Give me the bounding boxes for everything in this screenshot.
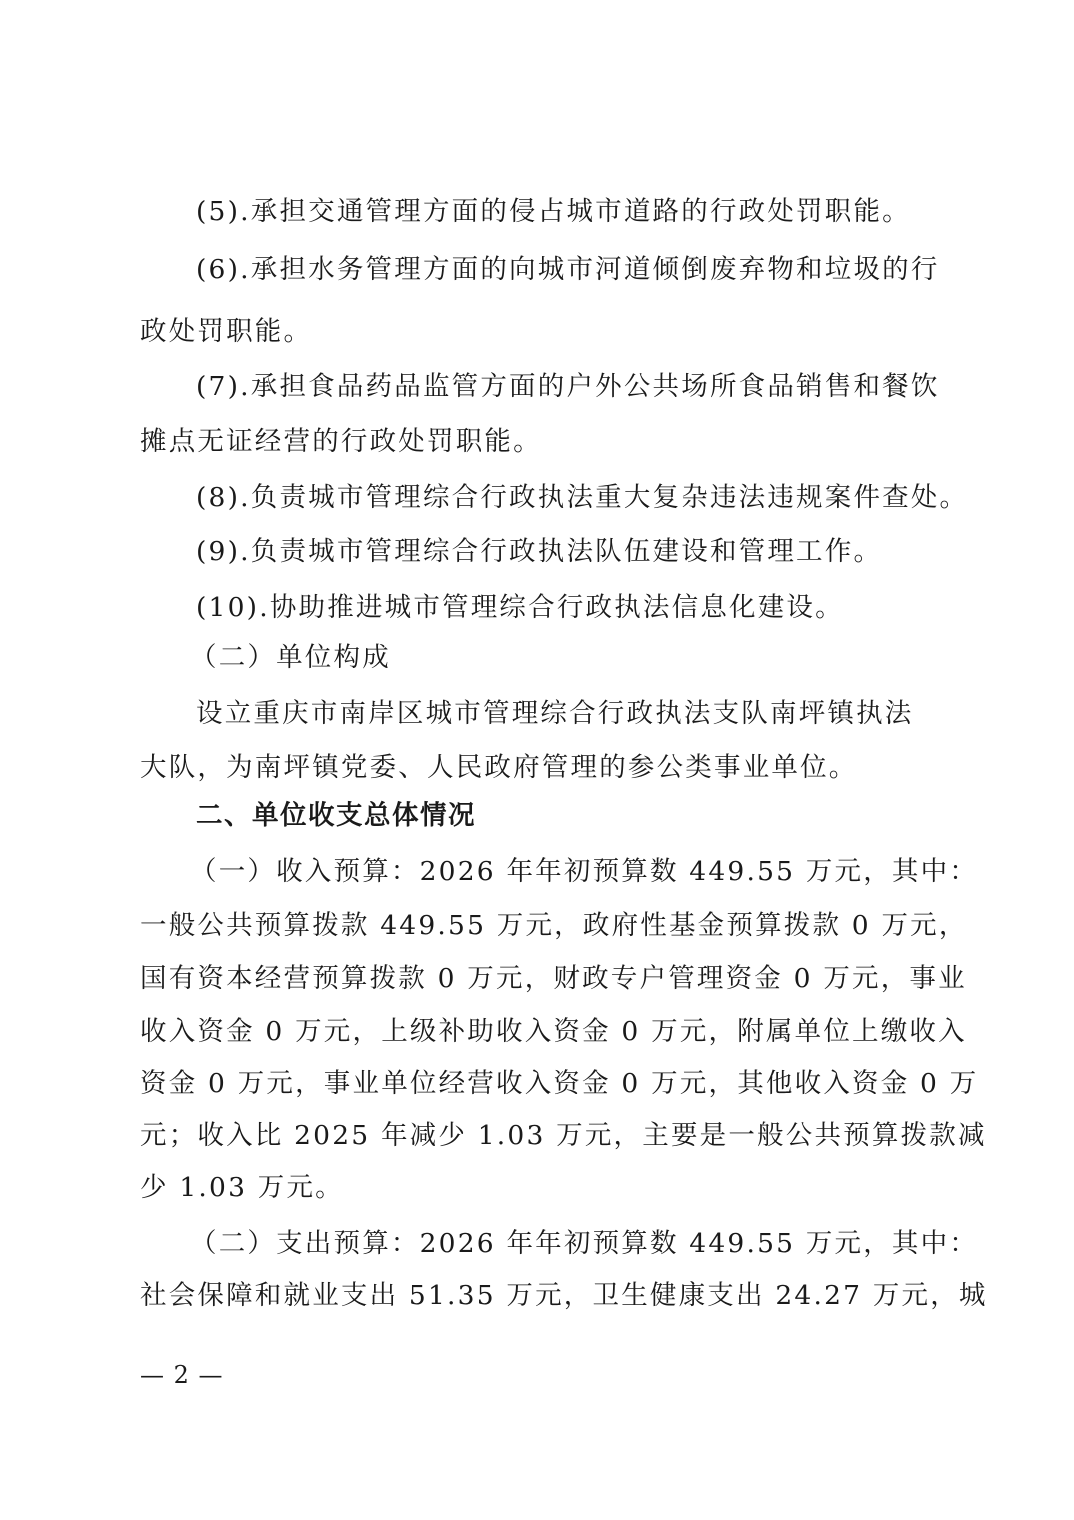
paragraph-item-6-line-2: 政处罚职能。: [140, 316, 312, 348]
paragraph-expenditure-budget-line-2: 社会保障和就业支出 51.35 万元，卫生健康支出 24.27 万元，城: [140, 1280, 988, 1312]
page-number: — 2 —: [140, 1360, 224, 1390]
paragraph-income-budget-line-3: 国有资本经营预算拨款 0 万元，财政专户管理资金 0 万元，事业: [140, 963, 967, 995]
paragraph-item-10: (10).协助推进城市管理综合行政执法信息化建设。: [196, 592, 844, 624]
paragraph-income-budget-line-2: 一般公共预算拨款 449.55 万元，政府性基金预算拨款 0 万元，: [140, 910, 968, 942]
paragraph-item-7-line-1: (7).承担食品药品监管方面的户外公共场所食品销售和餐饮: [196, 371, 940, 403]
paragraph-income-budget-line-1: （一）收入预算：2026 年年初预算数 449.55 万元，其中：: [190, 856, 978, 888]
section-heading-unit-composition: （二）单位构成: [190, 642, 391, 674]
paragraph-expenditure-budget-line-1: （二）支出预算：2026 年年初预算数 449.55 万元，其中：: [190, 1228, 978, 1260]
paragraph-unit-composition-line-1: 设立重庆市南岸区城市管理综合行政执法支队南坪镇执法: [196, 698, 914, 730]
paragraph-item-9: (9).负责城市管理综合行政执法队伍建设和管理工作。: [196, 536, 882, 568]
paragraph-income-budget-line-6: 元；收入比 2025 年减少 1.03 万元，主要是一般公共预算拨款减: [140, 1120, 987, 1152]
paragraph-income-budget-line-4: 收入资金 0 万元，上级补助收入资金 0 万元，附属单位上缴收入: [140, 1016, 967, 1048]
paragraph-item-8: (8).负责城市管理综合行政执法重大复杂违法违规案件查处。: [196, 482, 968, 514]
paragraph-income-budget-line-5: 资金 0 万元，事业单位经营收入资金 0 万元，其他收入资金 0 万: [140, 1068, 978, 1100]
paragraph-item-5: (5).承担交通管理方面的侵占城市道路的行政处罚职能。: [196, 196, 911, 228]
paragraph-item-7-line-2: 摊点无证经营的行政处罚职能。: [140, 426, 542, 458]
section-heading-budget-overview: 二、单位收支总体情况: [196, 800, 476, 832]
paragraph-item-6-line-1: (6).承担水务管理方面的向城市河道倾倒废弃物和垃圾的行: [196, 254, 940, 286]
paragraph-income-budget-line-7: 少 1.03 万元。: [140, 1172, 344, 1204]
paragraph-unit-composition-line-2: 大队，为南坪镇党委、人民政府管理的参公类事业单位。: [140, 752, 858, 784]
